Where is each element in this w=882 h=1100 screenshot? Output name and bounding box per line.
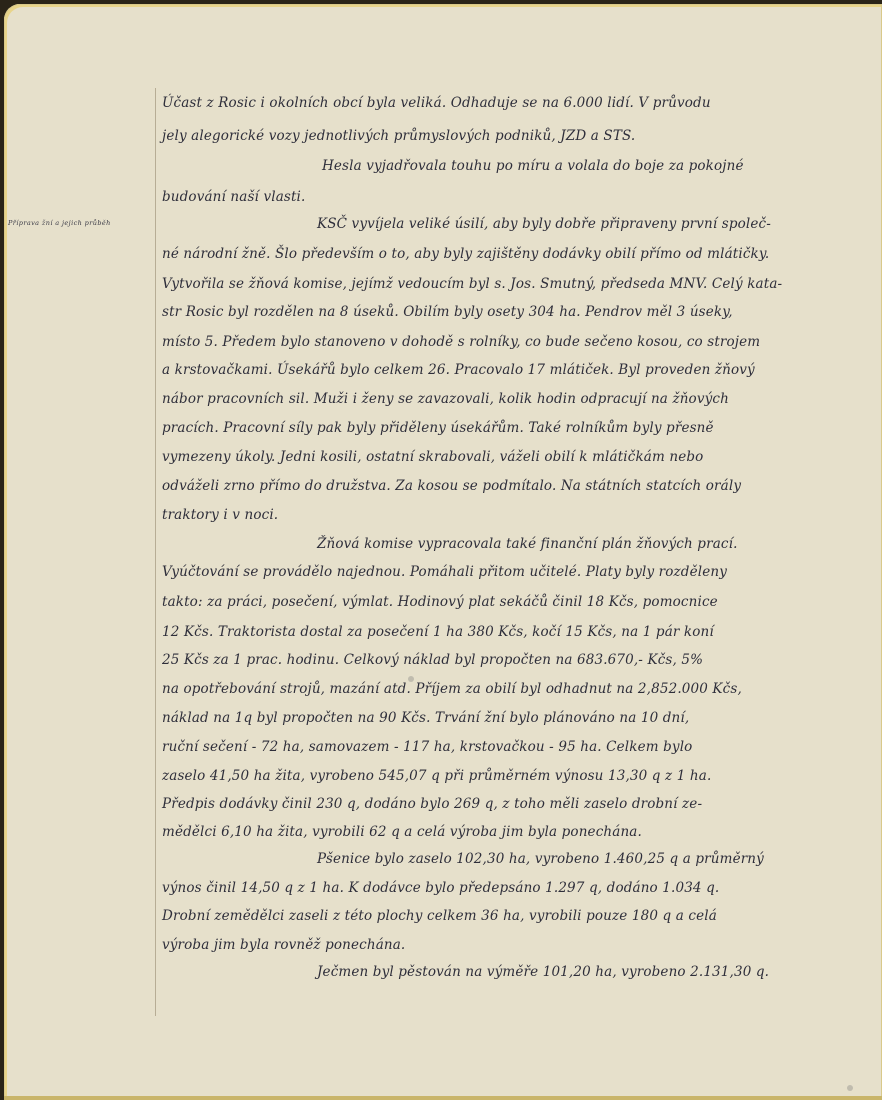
- text-line: mědělci 6,10 ha žita, vyrobili 62 q a ce…: [162, 824, 642, 840]
- text-line: nábor pracovních sil. Muži i ženy se zav…: [162, 391, 729, 407]
- text-line: ruční sečení - 72 ha, samovazem - 117 ha…: [162, 739, 692, 755]
- text-line: Vyúčtování se provádělo najednou. Pomáha…: [162, 564, 727, 580]
- chronicle-page: Příprava žní a jejich průběh Účast z Ros…: [4, 4, 882, 1100]
- text-line: náklad na 1q byl propočten na 90 Kčs. Tr…: [162, 710, 689, 726]
- text-line: budování naší vlasti.: [162, 189, 305, 205]
- text-line: traktory i v noci.: [162, 507, 278, 523]
- text-line: 25 Kčs za 1 prac. hodinu. Celkový náklad…: [162, 652, 703, 668]
- text-line: výroba jim byla rovněž ponechána.: [162, 937, 405, 953]
- text-line: str Rosic byl rozdělen na 8 úseků. Obilí…: [162, 304, 733, 320]
- margin-rule: [155, 88, 156, 1016]
- ink-smudge: [847, 1085, 853, 1091]
- text-line: KSČ vyvíjela veliké úsilí, aby byly dobř…: [317, 216, 771, 232]
- text-line: Drobní zemědělci zaseli z této plochy ce…: [162, 908, 717, 924]
- text-line: Hesla vyjadřovala touhu po míru a volala…: [322, 158, 744, 174]
- text-line: zaselo 41,50 ha žita, vyrobeno 545,07 q …: [162, 768, 711, 784]
- text-line: Vytvořila se žňová komise, jejímž vedouc…: [162, 276, 782, 292]
- ink-smudge: [408, 676, 414, 682]
- text-line: jely alegorické vozy jednotlivých průmys…: [162, 128, 635, 144]
- text-line: pracích. Pracovní síly pak byly přidělen…: [162, 420, 714, 436]
- text-line: Žňová komise vypracovala také finanční p…: [317, 536, 738, 552]
- text-line: Ječmen byl pěstován na výměře 101,20 ha,…: [317, 964, 769, 980]
- text-line: 12 Kčs. Traktorista dostal za posečení 1…: [162, 624, 714, 640]
- text-line: a krstovačkami. Úsekářů bylo celkem 26. …: [162, 362, 755, 378]
- text-line: Pšenice bylo zaselo 102,30 ha, vyrobeno …: [317, 851, 764, 867]
- text-line: místo 5. Předem bylo stanoveno v dohodě …: [162, 334, 760, 350]
- text-line: takto: za práci, posečení, výmlat. Hodin…: [162, 594, 718, 610]
- text-line: Předpis dodávky činil 230 q, dodáno bylo…: [162, 796, 702, 812]
- text-line: né národní žně. Šlo především o to, aby …: [162, 246, 769, 262]
- margin-note: Příprava žní a jejich průběh: [8, 219, 153, 227]
- text-line: Účast z Rosic i okolních obcí byla velik…: [162, 95, 711, 111]
- text-line: výnos činil 14,50 q z 1 ha. K dodávce by…: [162, 880, 719, 896]
- text-line: na opotřebování strojů, mazání atd. Příj…: [162, 681, 742, 697]
- text-line: odváželi zrno přímo do družstva. Za koso…: [162, 478, 741, 494]
- text-line: vymezeny úkoly. Jedni kosili, ostatní sk…: [162, 449, 703, 465]
